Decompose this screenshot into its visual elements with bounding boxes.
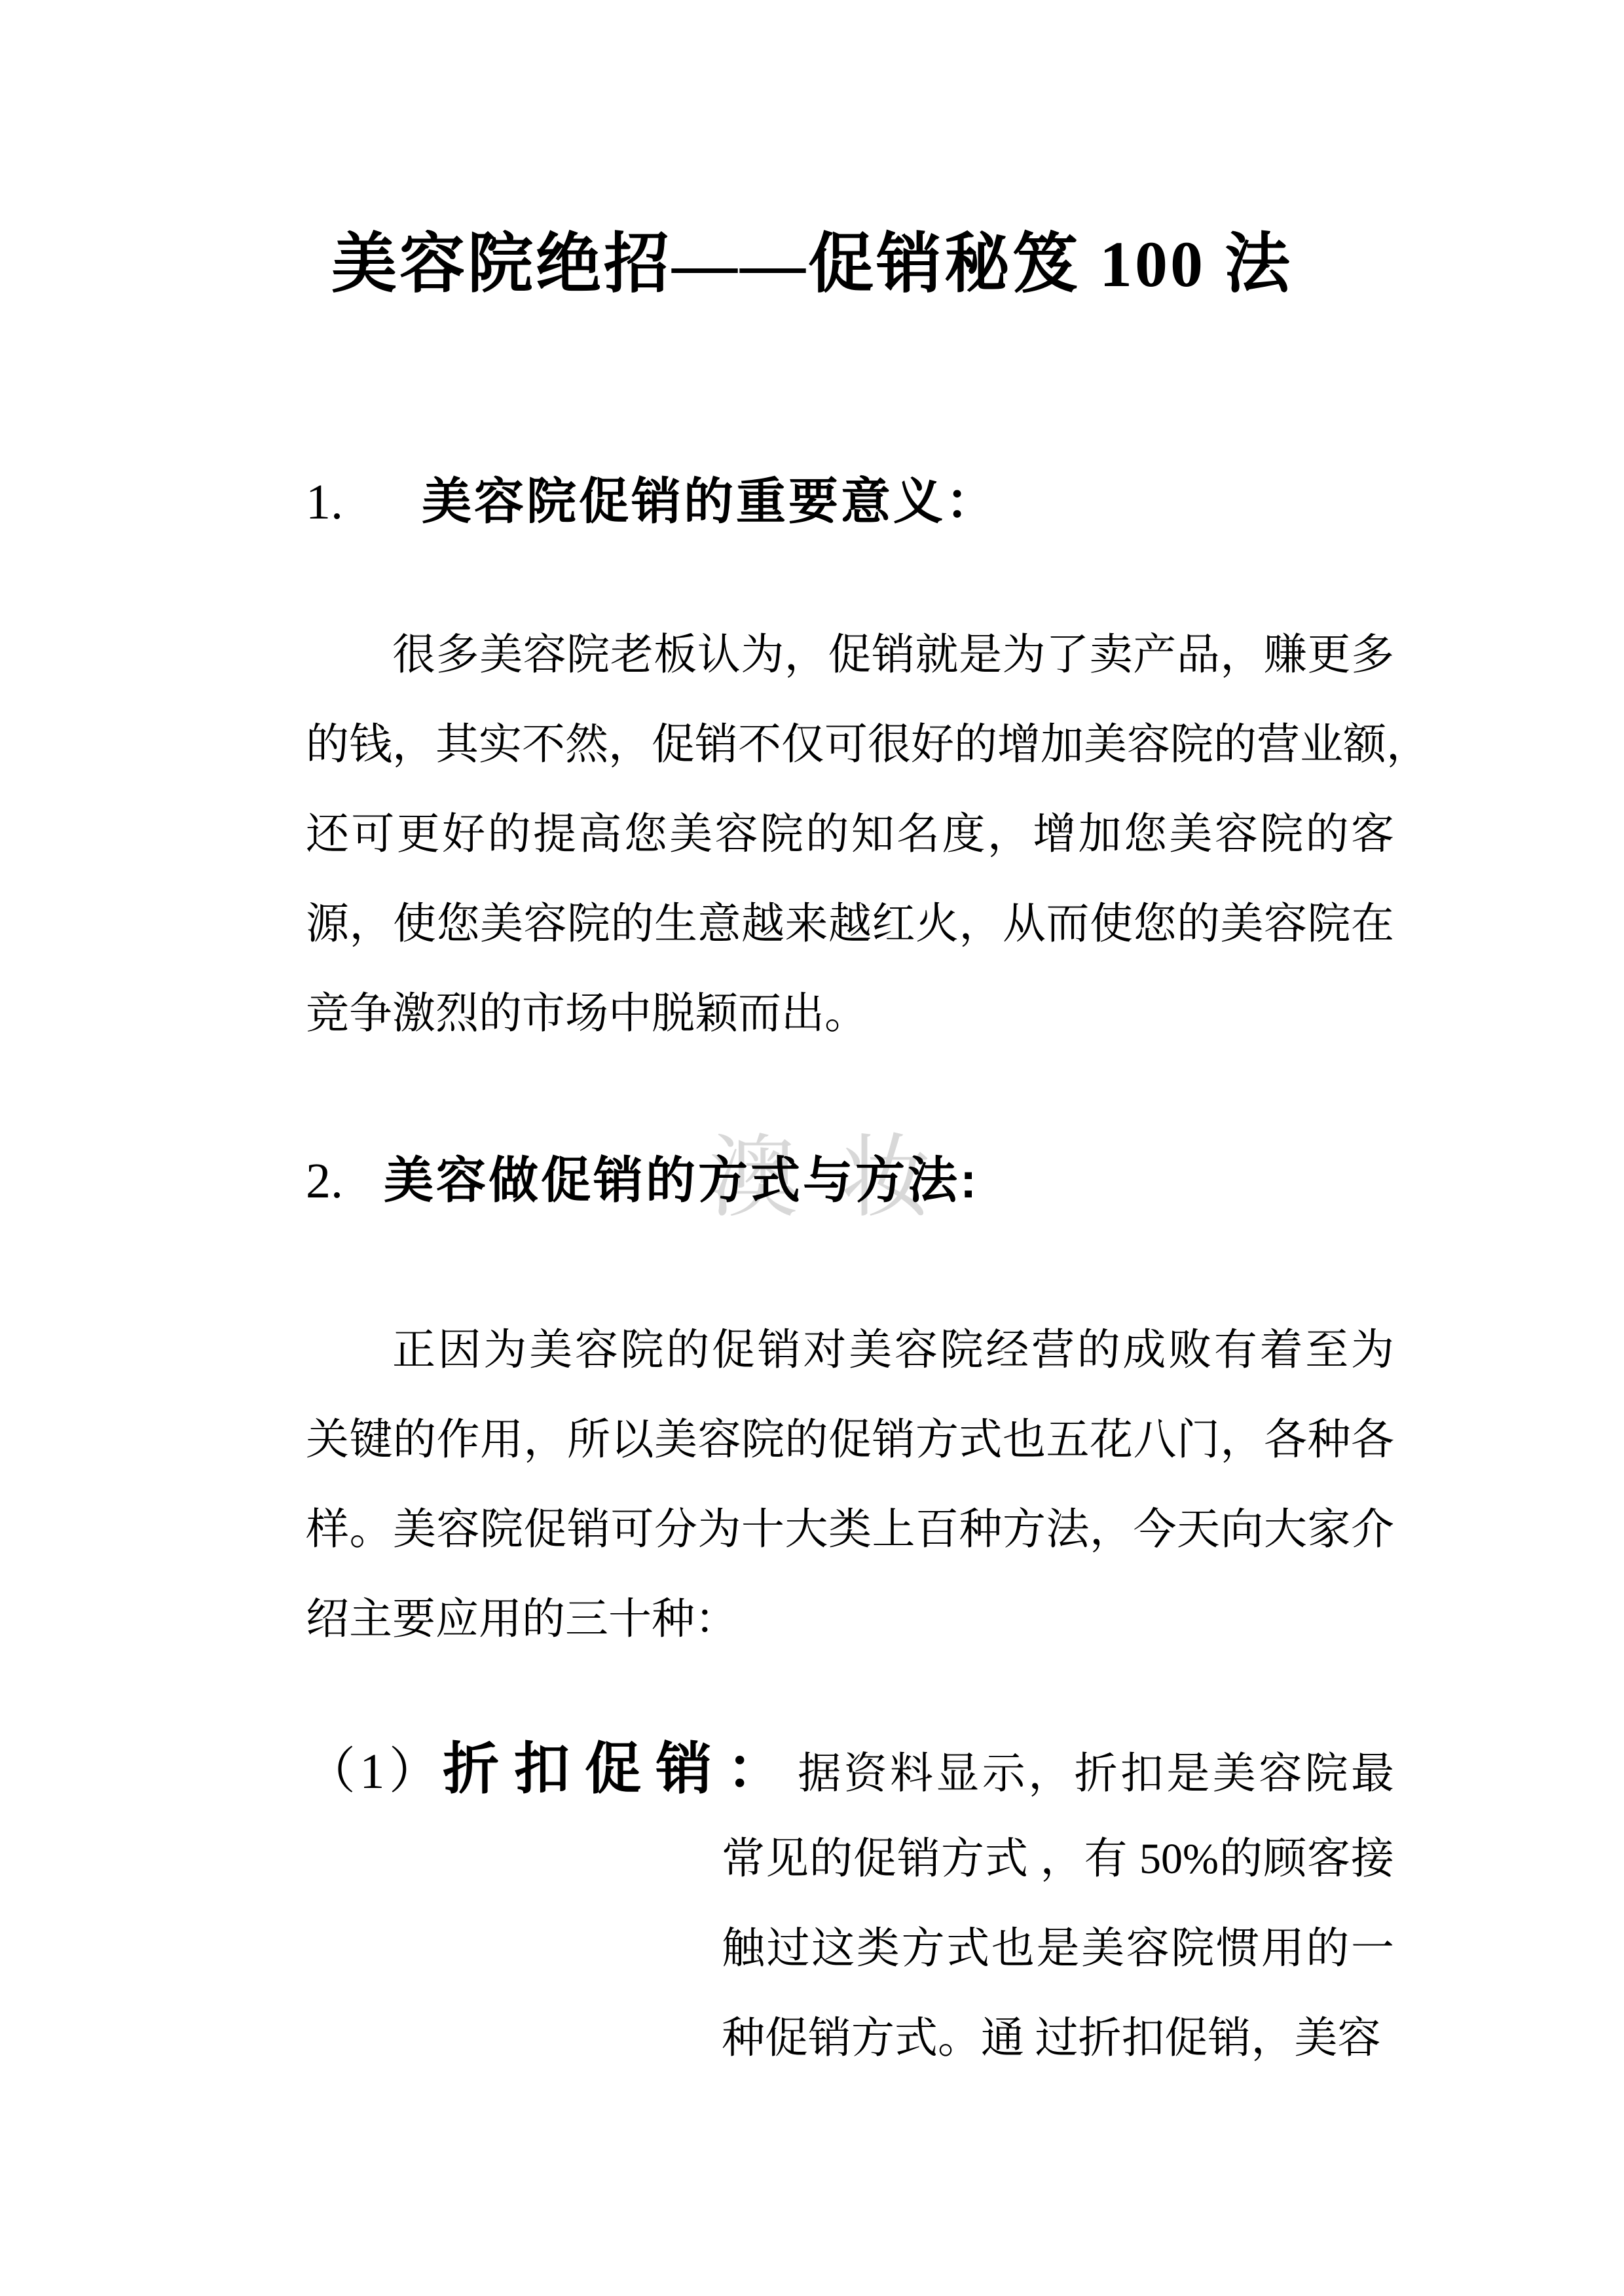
text-line: 还可更好的提高您美容院的知名度，增加您美容院的客 xyxy=(306,790,1394,879)
list-item-1-first-line-text: 据资料显示，折扣是美容院最 xyxy=(798,1750,1394,1798)
paragraph-2: 正因为美容院的促销对美容院经营的成败有着至为 关键的作用，所以美容院的促销方式也… xyxy=(306,1305,1394,1664)
text-line: 绍主要应用的三十种： xyxy=(306,1575,1394,1664)
text-line: 竞争激烈的市场中脱颖而出。 xyxy=(306,969,1394,1059)
text-line: 常见的促销方式 ，有 50%的顾客接 xyxy=(722,1814,1394,1904)
list-item-1-number: （1） xyxy=(306,1744,443,1799)
text-line: 种促销方式。通 过折扣促销，美容 xyxy=(722,1994,1394,2083)
text-line: 很多美容院老板认为，促销就是为了卖产品，赚更多 xyxy=(306,610,1394,700)
text-line: 的钱，其实不然，促销不仅可很好的增加美容院的营业额， xyxy=(306,700,1394,790)
list-item-1-label: （1）折扣促销： xyxy=(306,1738,798,1800)
list-item-1: （1）折扣促销：据资料显示，折扣是美容院最 常见的促销方式 ，有 50%的顾客接… xyxy=(306,1724,1394,2083)
text-line: 样。美容院促销可分为十大类上百种方法，今天向大家介 xyxy=(306,1485,1394,1575)
section-1-heading: 1.美容院促销的重要意义： xyxy=(306,462,998,533)
section-1-heading-text: 美容院促销的重要意义： xyxy=(422,474,998,530)
section-2-number: 2. xyxy=(306,1154,343,1209)
text-line: 源，使您美容院的生意越来越红火，从而使您的美容院在 xyxy=(306,879,1394,969)
paragraph-1: 很多美容院老板认为，促销就是为了卖产品，赚更多 的钱，其实不然，促销不仅可很好的… xyxy=(306,610,1394,1059)
document-title: 美容院绝招——促销秘笈 100 法 xyxy=(0,211,1624,305)
section-2-heading-text: 美容做促销的方式与方法: xyxy=(384,1153,979,1209)
text-line: 关键的作用，所以美容院的促销方式也五花八门，各种各 xyxy=(306,1395,1394,1485)
document-page: 美容院绝招——促销秘笈 100 法 1.美容院促销的重要意义： 很多美容院老板认… xyxy=(0,0,1624,2296)
list-item-1-label-text: 折扣促销： xyxy=(443,1738,798,1800)
text-line: （1）折扣促销：据资料显示，折扣是美容院最 xyxy=(306,1724,1394,1814)
section-2-heading: 2.美容做促销的方式与方法: xyxy=(306,1140,979,1212)
section-1-number: 1. xyxy=(306,475,343,530)
text-line: 正因为美容院的促销对美容院经营的成败有着至为 xyxy=(306,1305,1394,1395)
text-line: 触过这类方式也是美容院惯用的一 xyxy=(722,1904,1394,1994)
